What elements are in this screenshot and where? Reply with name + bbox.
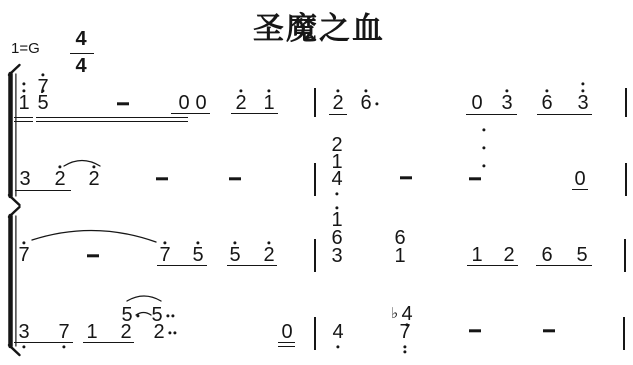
- note-digit: 0: [574, 169, 585, 189]
- time-signature-bar: [70, 53, 94, 54]
- note-digit: 3: [331, 246, 342, 266]
- beam-underline: [83, 342, 134, 343]
- barline: [623, 317, 625, 350]
- duration-dot: [136, 314, 139, 317]
- beam-underline: [329, 114, 347, 115]
- tie-slur: [127, 296, 161, 301]
- system-bracket-top-hook: [9, 207, 20, 217]
- note-digit: 0: [178, 93, 189, 113]
- note-digit: 4: [331, 169, 342, 189]
- note-digit: 2: [332, 93, 343, 113]
- note-digit: 5: [192, 245, 203, 265]
- duration-dash: [469, 177, 481, 180]
- system-bracket-top-hook: [9, 65, 20, 75]
- octave-dot-below: [335, 192, 338, 195]
- note-digit: 5: [121, 305, 132, 325]
- beam-underline: [537, 114, 592, 115]
- note-digit: 1: [471, 245, 482, 265]
- tie-slur: [32, 230, 156, 242]
- duration-dash: [229, 177, 241, 180]
- note-digit: 2: [235, 93, 246, 113]
- duration-dash: [400, 176, 412, 179]
- note-digit: 6: [541, 93, 552, 113]
- note-digit: 1: [263, 93, 274, 113]
- octave-dot-below: [22, 345, 25, 348]
- flat-sign: ♭: [391, 306, 398, 321]
- note-digit: 3: [577, 93, 588, 113]
- note-digit: 4: [332, 322, 343, 342]
- song-title: 圣魔之血: [253, 12, 385, 46]
- time-signature-denominator: 4: [75, 56, 86, 76]
- beam-underline: [231, 113, 278, 114]
- duration-dot: [173, 331, 176, 334]
- octave-dot-above: [22, 82, 25, 85]
- octave-dot-below: [403, 350, 406, 353]
- beam-underline: [466, 114, 517, 115]
- beam-underline: [171, 113, 210, 114]
- beam-underline: [157, 265, 207, 266]
- double-beam-underline: [278, 346, 295, 347]
- note-digit: 2: [54, 169, 65, 189]
- duration-dash: [87, 254, 99, 257]
- note-digit: 6: [360, 93, 371, 113]
- note-digit: 7: [58, 322, 69, 342]
- note-digit: 0: [281, 322, 292, 342]
- barline: [314, 88, 316, 117]
- beam-underline: [227, 265, 277, 266]
- note-digit: 2: [263, 245, 274, 265]
- note-digit: 0: [195, 93, 206, 113]
- duration-dash: [156, 177, 168, 180]
- octave-dot-below: [336, 345, 339, 348]
- barline: [314, 317, 316, 350]
- system-bracket-bottom-hook: [9, 195, 20, 205]
- note-digit: 1: [86, 322, 97, 342]
- time-signature-numerator: 4: [75, 29, 86, 49]
- double-beam-underline: [14, 121, 33, 122]
- note-digit: 5: [37, 93, 48, 113]
- note-digit: 2: [153, 322, 164, 342]
- note-digit: 3: [501, 93, 512, 113]
- chord-octave-dot: [482, 128, 485, 131]
- note-digit: 5: [229, 245, 240, 265]
- beam-underline: [536, 265, 592, 266]
- chord-octave-dot: [482, 164, 485, 167]
- note-digit: 1: [18, 93, 29, 113]
- beam-underline: [15, 190, 71, 191]
- octave-dot-below: [403, 345, 406, 348]
- note-digit: 3: [18, 322, 29, 342]
- key-signature: 1=G: [11, 41, 40, 56]
- sheet-music-page: 圣魔之血 1=G 4 4 175002126036332221407755216…: [0, 0, 633, 365]
- barline: [624, 239, 626, 272]
- beam-underline: [14, 342, 73, 343]
- duration-dot: [166, 314, 169, 317]
- duration-dot: [168, 331, 171, 334]
- octave-dot-below: [62, 345, 65, 348]
- barline: [625, 88, 627, 117]
- note-digit: 3: [19, 169, 30, 189]
- octave-dot-above: [581, 82, 584, 85]
- double-beam-underline: [36, 121, 188, 122]
- note-digit: 2: [88, 169, 99, 189]
- note-digit: 7: [18, 245, 29, 265]
- duration-dash: [117, 102, 129, 105]
- double-beam-underline: [36, 117, 188, 118]
- beam-underline: [467, 265, 518, 266]
- chord-octave-dot: [482, 146, 485, 149]
- system-bracket-bottom-hook: [9, 345, 20, 355]
- note-digit: 7: [159, 245, 170, 265]
- double-beam-underline: [278, 342, 295, 343]
- note-digit: 0: [471, 93, 482, 113]
- barline: [625, 163, 627, 196]
- note-digit: 5: [576, 245, 587, 265]
- note-digit: 7: [399, 322, 410, 342]
- duration-dot: [171, 314, 174, 317]
- duration-dash: [543, 329, 555, 332]
- note-digit: 2: [503, 245, 514, 265]
- duration-dash: [469, 329, 481, 332]
- note-digit: 6: [541, 245, 552, 265]
- barline: [314, 239, 316, 272]
- double-beam-underline: [14, 117, 33, 118]
- duration-dot: [375, 102, 378, 105]
- beam-underline: [572, 189, 588, 190]
- note-digit: 1: [394, 246, 405, 266]
- barline: [314, 163, 316, 196]
